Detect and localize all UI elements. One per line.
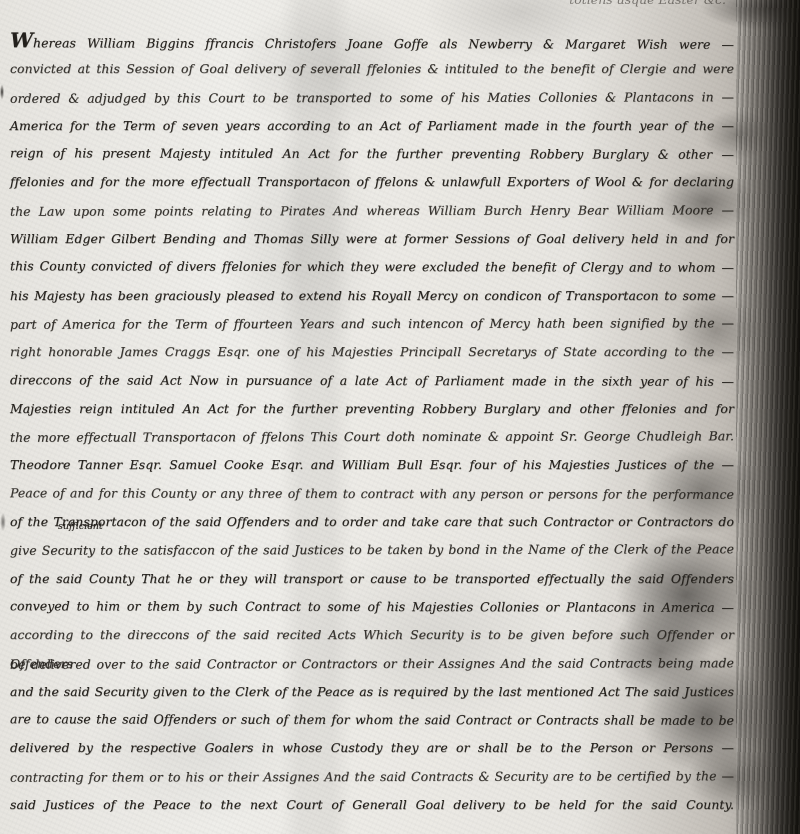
manuscript-line: Theodore Tanner Esqr. Samuel Cooke Esqr.…	[10, 451, 734, 479]
manuscript-line: be delivered over to the said Contractor…	[10, 649, 734, 679]
manuscript-text: Whereas William Biggins ffrancis Christo…	[10, 27, 734, 819]
manuscript-line: convicted at this Session of Goal delive…	[10, 55, 734, 83]
manuscript-line: his Majesty has been graciously pleased …	[10, 282, 734, 310]
interlinear-insertion: sufficient	[58, 521, 103, 532]
manuscript-line: the Law upon some points relating to Pir…	[10, 196, 734, 226]
manuscript-line: Majesties reign intituled An Act for the…	[10, 395, 734, 423]
manuscript-line: the more effectuall Transportacon of ffe…	[10, 422, 734, 452]
manuscript-line: ffelonies and for the more effectuall Tr…	[10, 168, 734, 196]
manuscript-line: of the said County That he or they will …	[10, 565, 734, 593]
manuscript-line: this County convicted of divers ffelonie…	[10, 253, 734, 283]
manuscript-line: of the Transportacon of the said Offende…	[10, 508, 734, 536]
manuscript-line: said Justices of the Peace to the next C…	[10, 791, 734, 819]
manuscript-line: William Edger Gilbert Bending and Thomas…	[10, 225, 734, 253]
manuscript-line: give Security to the satisfaccon of the …	[10, 536, 734, 566]
manuscript-line: Whereas William Biggins ffrancis Christo…	[10, 26, 734, 56]
manuscript-line: conveyed to him or them by such Contract…	[10, 592, 734, 622]
manuscript-line: contracting for them or to his or their …	[10, 762, 734, 792]
manuscript-line: according to the direccons of the said r…	[10, 621, 734, 649]
manuscript-line: delivered by the respective Goalers in w…	[10, 734, 734, 762]
book-binding-edge	[736, 0, 800, 834]
manuscript-line: right honorable James Craggs Esqr. one o…	[10, 338, 734, 366]
manuscript-line: ordered & adjudged by this Court to be t…	[10, 83, 734, 113]
manuscript-line: reign of his present Majesty intituled A…	[10, 139, 734, 169]
manuscript-page: totiens usque Easter &c. Whereas William…	[0, 0, 800, 834]
manuscript-line: are to cause the said Offenders or such …	[10, 705, 734, 735]
cropped-line-fragment: totiens usque Easter &c.	[90, 0, 726, 13]
manuscript-line: direccons of the said Act Now in pursuan…	[10, 366, 734, 396]
manuscript-line: America for the Term of seven years acco…	[10, 112, 734, 140]
manuscript-line: Peace of and for this County or any thre…	[10, 479, 734, 509]
manuscript-line: part of America for the Term of ffourtee…	[10, 309, 734, 339]
manuscript-line: and the said Security given to the Clerk…	[10, 678, 734, 706]
